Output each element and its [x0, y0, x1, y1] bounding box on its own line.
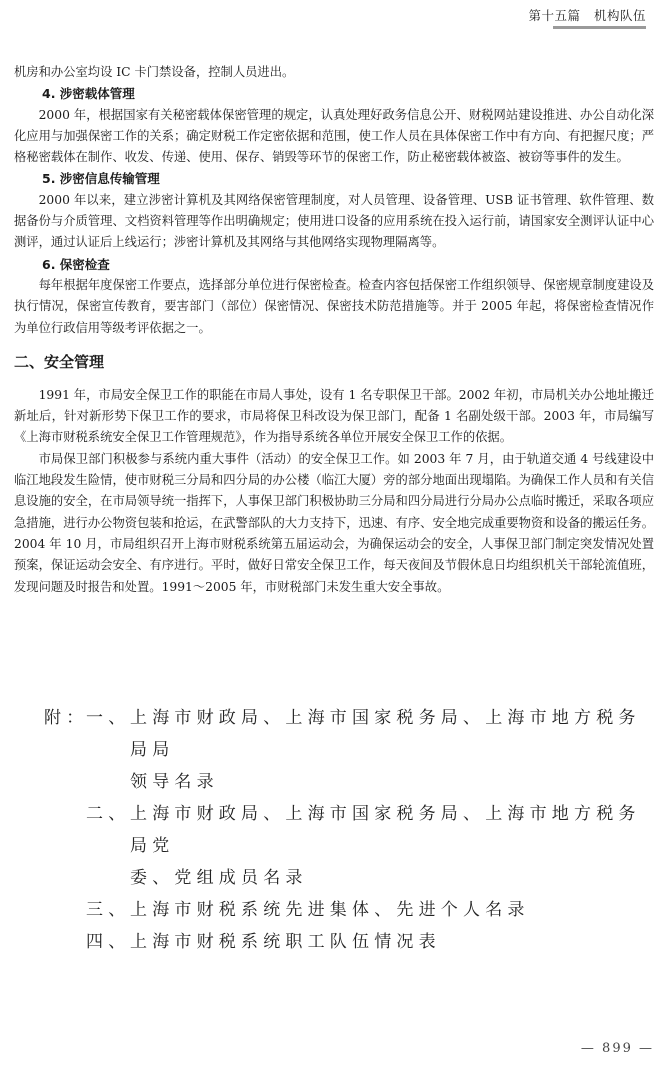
subheading-5: 5. 涉密信息传输管理	[14, 168, 654, 189]
appendix-num: 一、	[86, 702, 130, 766]
appendix-num: 四、	[86, 926, 130, 958]
appendix-item-2-cont: 委、党组成员名录	[44, 862, 656, 894]
page-number: — 899 —	[581, 1041, 654, 1056]
appendix-text: 上海市财政局、上海市国家税务局、上海市地方税务局党	[130, 798, 656, 862]
appendix-text: 上海市财政局、上海市国家税务局、上海市地方税务局局	[130, 702, 656, 766]
running-header: 第十五篇 机构队伍	[529, 6, 646, 24]
appendix-item-3: 三、 上海市财税系统先进集体、先进个人名录	[44, 894, 656, 926]
appendix-text: 上海市财税系统职工队伍情况表	[130, 926, 656, 958]
appendix-list: 附： 一、 上海市财政局、上海市国家税务局、上海市地方税务局局 领导名录 二、 …	[44, 702, 656, 958]
section2-paragraph-1: 1991 年，市局安全保卫工作的职能在市局人事处，设有 1 名专职保卫干部。20…	[14, 385, 654, 449]
header-rule	[553, 26, 646, 29]
appendix-num: 三、	[86, 894, 130, 926]
appendix-item-1-cont: 领导名录	[44, 766, 656, 798]
appendix-num: 二、	[86, 798, 130, 862]
subheading-6: 6. 保密检查	[14, 254, 654, 275]
header-part: 第十五篇	[529, 8, 581, 23]
subheading-4: 4. 涉密载体管理	[14, 83, 654, 104]
appendix-label: 附：	[44, 702, 86, 766]
appendix-item-1: 附： 一、 上海市财政局、上海市国家税务局、上海市地方税务局局	[44, 702, 656, 766]
header-chapter: 机构队伍	[594, 8, 646, 23]
appendix-text: 上海市财税系统先进集体、先进个人名录	[130, 894, 656, 926]
body-text: 机房和办公室均设 IC 卡门禁设备，控制人员进出。 4. 涉密载体管理 2000…	[14, 62, 654, 598]
continued-paragraph: 机房和办公室均设 IC 卡门禁设备，控制人员进出。	[14, 62, 654, 83]
paragraph-4: 2000 年，根据国家有关秘密载体保密管理的规定，认真处理好政务信息公开、财税网…	[14, 105, 654, 169]
paragraph-5: 2000 年以来，建立涉密计算机及其网络保密管理制度，对人员管理、设备管理、US…	[14, 190, 654, 254]
appendix-item-4: 四、 上海市财税系统职工队伍情况表	[44, 926, 656, 958]
paragraph-6: 每年根据年度保密工作要点，选择部分单位进行保密检查。检查内容包括保密工作组织领导…	[14, 275, 654, 339]
appendix-item-2: 二、 上海市财政局、上海市国家税务局、上海市地方税务局党	[44, 798, 656, 862]
section-heading: 二、安全管理	[14, 351, 654, 373]
section2-paragraph-2: 市局保卫部门积极参与系统内重大事件（活动）的安全保卫工作。如 2003 年 7 …	[14, 449, 654, 598]
